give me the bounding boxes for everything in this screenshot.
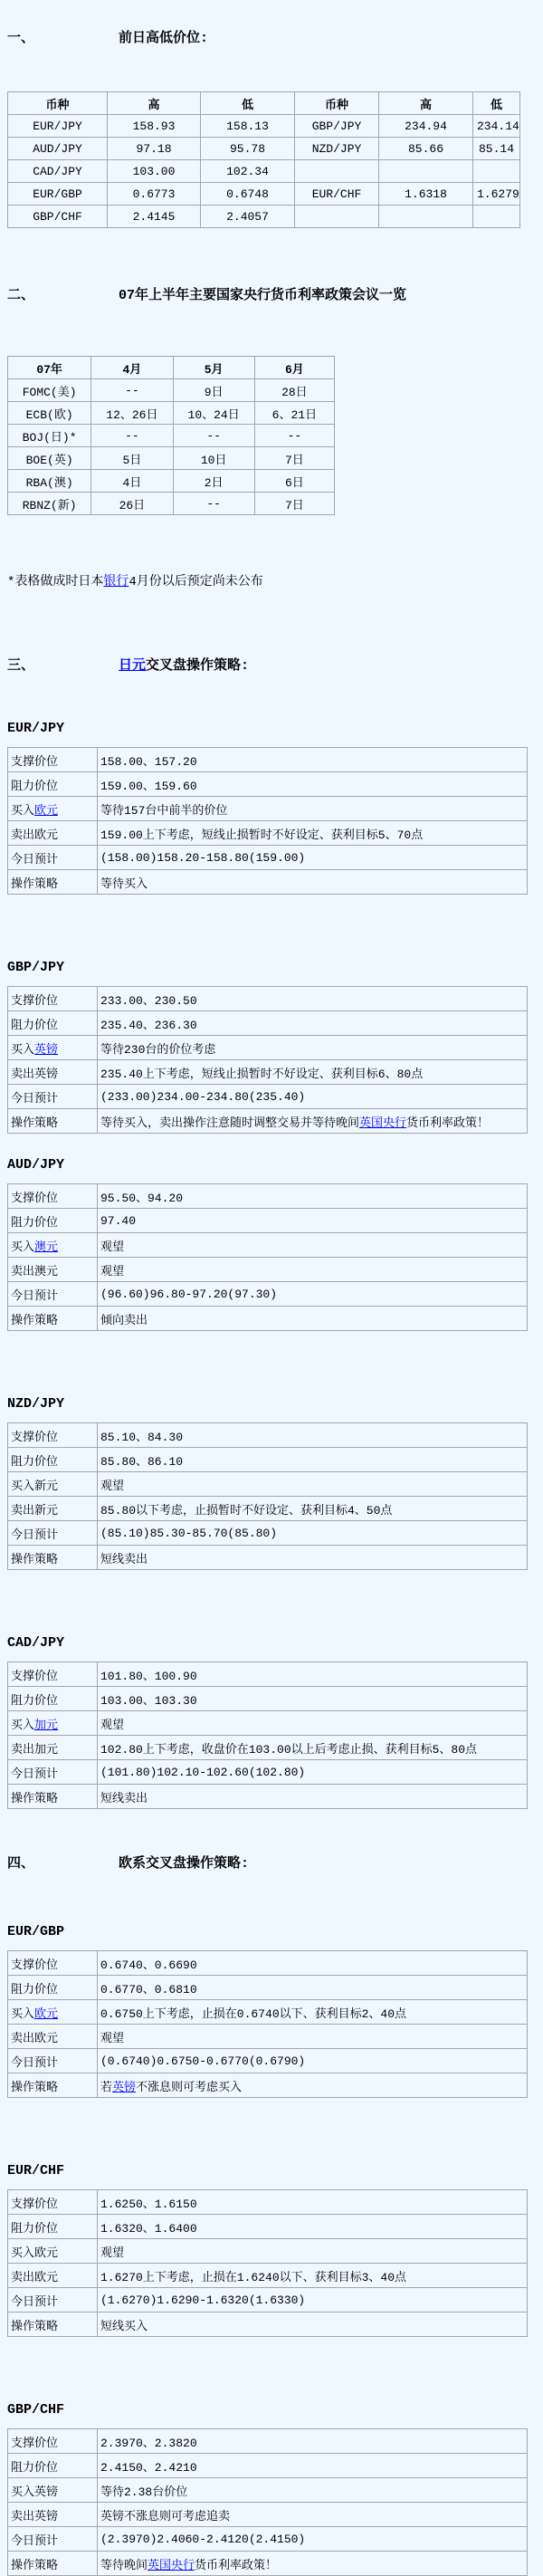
strategy-label-text: 今日预计 <box>11 2534 58 2548</box>
footnote-text: *表格做成时日本 <box>7 575 103 589</box>
strategy-row: 支撑价位1.6250、1.6150 <box>8 2190 528 2215</box>
table-cell: 85.66 <box>379 138 473 160</box>
strategy-row-label: 买入欧元 <box>8 797 98 821</box>
high-low-table: 币种高低币种高低 EUR/JPY158.93158.13GBP/JPY234.9… <box>7 91 520 228</box>
strategy-row-value: 短线卖出 <box>98 1785 528 1809</box>
strategy-value-text: (2.3970)2.4060-2.4120(2.4150) <box>100 2533 305 2546</box>
column-header: 高 <box>379 92 473 115</box>
strategy-table: 支撑价位101.80、100.90阻力价位103.00、103.30买入加元观望… <box>7 1661 528 1809</box>
strategy-row: 阻力价位1.6320、1.6400 <box>8 2215 528 2239</box>
strategy-value-text: 等待晚间 <box>100 2559 148 2572</box>
strategy-value-text: 观望 <box>100 1719 124 1732</box>
section4-title-text: 欧系交叉盘操作策略: <box>119 1856 249 1872</box>
strategy-row-value: 观望 <box>98 2025 528 2049</box>
strategy-label-text: 支撑价位 <box>11 2198 58 2211</box>
strategy-row: 卖出欧元1.6270上下考虑，止损在1.6240以下、获利目标3、40点 <box>8 2264 528 2288</box>
strategy-row-value: 等待晚间英国央行货币利率政策！ <box>98 2552 528 2576</box>
strategy-row-value: 159.00上下考虑，短线止损暂时不好设定、获利目标5、70点 <box>98 821 528 846</box>
table-cell: -- <box>254 425 334 447</box>
strategy-row-label: 阻力价位 <box>8 772 98 797</box>
strategy-row: 卖出加元102.80上下考虑，收盘价在103.00以上后考虑止损、获利目标5、8… <box>8 1736 528 1760</box>
strategy-row: 操作策略倾向卖出 <box>8 1307 528 1331</box>
strategy-value-text: 观望 <box>100 2032 124 2045</box>
strategy-row-label: 今日预计 <box>8 2049 98 2073</box>
strategy-row: 阻力价位85.80、86.10 <box>8 1448 528 1472</box>
strategy-row-value: 若英镑不涨息则可考虑买入 <box>98 2073 528 2098</box>
table-cell: 234.14 <box>473 115 520 138</box>
strategy-row-value: (101.80)102.10-102.60(102.80) <box>98 1760 528 1785</box>
strategy-row-value: 103.00、103.30 <box>98 1687 528 1711</box>
table-row: EUR/GBP0.67730.6748EUR/CHF1.63181.6279 <box>8 183 520 206</box>
strategy-row-value: 101.80、100.90 <box>98 1662 528 1687</box>
strategy-label-text: 阻力价位 <box>11 1216 58 1230</box>
table-cell: 5日 <box>91 447 173 470</box>
strategy-row-value: 等待230台的价位考虑 <box>98 1036 528 1060</box>
table-cell: 9日 <box>173 379 254 402</box>
table-cell: -- <box>91 425 173 447</box>
strategy-value-text: 观望 <box>100 1240 124 1254</box>
strategy-value-text: 103.00、103.30 <box>100 1694 197 1708</box>
table-cell: FOMC(美) <box>8 379 91 402</box>
pair-heading: AUD/JPY <box>7 1157 543 1173</box>
table-cell: -- <box>173 425 254 447</box>
strategy-value-text: (0.6740)0.6750-0.6770(0.6790) <box>100 2054 305 2068</box>
strategy-label-link[interactable]: 欧元 <box>34 2007 58 2021</box>
strategy-row: 支撑价位95.50、94.20 <box>8 1184 528 1209</box>
strategy-row-label: 操作策略 <box>8 870 98 895</box>
section1-heading: 一、前日高低价位: <box>7 27 543 46</box>
table-cell: 158.93 <box>108 115 201 138</box>
table-cell: 7日 <box>254 447 334 470</box>
strategy-value-text: 159.00、159.60 <box>100 780 197 793</box>
strategy-row: 操作策略若英镑不涨息则可考虑买入 <box>8 2073 528 2098</box>
strategy-label-text: 支撑价位 <box>11 994 58 1008</box>
strategy-value-text: (233.00)234.00-234.80(235.40) <box>100 1090 305 1104</box>
report-page: 一、前日高低价位: 币种高低币种高低 EUR/JPY158.93158.13GB… <box>0 0 543 2576</box>
strategy-row-value: (0.6740)0.6750-0.6770(0.6790) <box>98 2049 528 2073</box>
table-row: AUD/JPY97.1895.78NZD/JPY85.6685.14 <box>8 138 520 160</box>
table-row: RBNZ(新)26日--7日 <box>8 493 335 515</box>
strategy-value-text: 85.10、84.30 <box>100 1431 183 1444</box>
strategy-row-label: 操作策略 <box>8 2313 98 2337</box>
strategy-value-text: 观望 <box>100 1480 124 1493</box>
strategy-row-label: 卖出欧元 <box>8 2264 98 2288</box>
strategy-row-value: 85.80、86.10 <box>98 1448 528 1472</box>
strategy-row-label: 今日预计 <box>8 846 98 870</box>
section1-number: 一、 <box>7 27 119 46</box>
strategy-value-link[interactable]: 英国央行 <box>359 1116 406 1130</box>
strategy-row-value: 1.6320、1.6400 <box>98 2215 528 2239</box>
strategy-row-value: 1.6270上下考虑，止损在1.6240以下、获利目标3、40点 <box>98 2264 528 2288</box>
table-cell <box>379 160 473 183</box>
strategy-label-text: 操作策略 <box>11 1792 58 1805</box>
strategy-label-text: 卖出欧元 <box>11 2271 58 2284</box>
strategy-row-value: 97.40 <box>98 1209 528 1233</box>
strategy-label-text: 买入 <box>11 1240 34 1254</box>
section2-title: 07年上半年主要国家央行货币利率政策会议一览 <box>119 288 406 303</box>
pair-block-gbp-jpy: GBP/JPY支撑价位233.00、230.50阻力价位235.40、236.3… <box>7 960 543 1134</box>
section3-title: 日元交叉盘操作策略: <box>119 658 249 674</box>
strategy-label-text: 支撑价位 <box>11 1192 58 1205</box>
strategy-row-value: 等待买入，卖出操作注意随时调整交易并等待晚间英国央行货币利率政策！ <box>98 1109 528 1134</box>
section4-number: 四、 <box>7 1853 119 1872</box>
strategy-row: 操作策略等待买入 <box>8 870 528 895</box>
strategy-row-label: 卖出澳元 <box>8 1258 98 1282</box>
strategy-row: 今日预计(96.60)96.80-97.20(97.30) <box>8 1282 528 1307</box>
column-header: 低 <box>473 92 520 115</box>
table-cell: 0.6748 <box>201 183 295 206</box>
strategy-row-label: 买入新元 <box>8 1472 98 1497</box>
table-cell: 2.4145 <box>108 206 201 228</box>
table-row: BOJ(日)*------ <box>8 425 335 447</box>
table-row: CAD/JPY103.00102.34 <box>8 160 520 183</box>
strategy-row-label: 今日预计 <box>8 1282 98 1307</box>
strategy-value-text: 等待230台的价位考虑 <box>100 1043 215 1057</box>
pair-heading: NZD/JPY <box>7 1396 543 1412</box>
strategy-row-value: 倾向卖出 <box>98 1307 528 1331</box>
pair-block-nzd-jpy: NZD/JPY支撑价位85.10、84.30阻力价位85.80、86.10买入新… <box>7 1396 543 1570</box>
strategy-label-link[interactable]: 澳元 <box>34 1240 58 1254</box>
strategy-value-text: 2.4150、2.4210 <box>100 2461 197 2475</box>
strategy-label-text: 买入欧元 <box>11 2246 58 2260</box>
table-row: BOE(英)5日10日7日 <box>8 447 335 470</box>
pair-block-aud-jpy: AUD/JPY支撑价位95.50、94.20阻力价位97.40买入澳元观望卖出澳… <box>7 1157 543 1331</box>
strategy-value-text: 等待买入，卖出操作注意随时调整交易并等待晚间 <box>100 1116 359 1130</box>
strategy-row-label: 今日预计 <box>8 2527 98 2552</box>
pair-block-gbp-chf: GBP/CHF支撑价位2.3970、2.3820阻力价位2.4150、2.421… <box>7 2402 543 2576</box>
strategy-row-label: 今日预计 <box>8 1085 98 1109</box>
table-cell: CAD/JPY <box>8 160 108 183</box>
strategy-row-label: 卖出加元 <box>8 1736 98 1760</box>
strategy-row-value: 1.6250、1.6150 <box>98 2190 528 2215</box>
strategy-row: 今日预计(0.6740)0.6750-0.6770(0.6790) <box>8 2049 528 2073</box>
table-cell: 10日 <box>173 447 254 470</box>
table-cell <box>379 206 473 228</box>
strategy-value-text: 0.6750上下考虑，止损在0.6740以下、获利目标2、40点 <box>100 2007 406 2021</box>
strategy-value-text: 短线卖出 <box>100 1553 148 1566</box>
strategy-row: 操作策略短线卖出 <box>8 1785 528 1809</box>
table-cell: BOJ(日)* <box>8 425 91 447</box>
table-cell: 6日 <box>254 470 334 493</box>
strategy-label-text: 买入 <box>11 2007 34 2021</box>
strategy-table: 支撑价位233.00、230.50阻力价位235.40、236.30买入英镑等待… <box>7 986 528 1134</box>
strategy-row: 阻力价位0.6770、0.6810 <box>8 1976 528 2000</box>
strategy-row: 买入英镑等待2.38台价位 <box>8 2478 528 2503</box>
strategy-row: 卖出欧元159.00上下考虑，短线止损暂时不好设定、获利目标5、70点 <box>8 821 528 846</box>
strategy-value-text: 观望 <box>100 2246 124 2260</box>
table-cell: 2日 <box>173 470 254 493</box>
strategy-label-text: 支撑价位 <box>11 1958 58 1972</box>
strategy-value-text: 等待2.38台价位 <box>100 2485 187 2499</box>
strategy-row-label: 卖出欧元 <box>8 821 98 846</box>
section2-heading: 二、07年上半年主要国家央行货币利率政策会议一览 <box>7 284 543 303</box>
strategy-row-value: 85.80以下考虑，止损暂时不好设定、获利目标4、50点 <box>98 1497 528 1521</box>
strategy-value-text: 倾向卖出 <box>100 1314 148 1327</box>
strategy-label-text: 卖出欧元 <box>11 2032 58 2045</box>
strategy-row-value: (2.3970)2.4060-2.4120(2.4150) <box>98 2527 528 2552</box>
central-bank-meetings-table: 07年4月5月6月 FOMC(美)--9日28日ECB(欧)12、26日10、2… <box>7 356 335 515</box>
strategy-row-value: 观望 <box>98 2239 528 2264</box>
column-header: 低 <box>201 92 295 115</box>
strategy-label-text: 操作策略 <box>11 2081 58 2094</box>
strategy-label-link[interactable]: 加元 <box>34 1719 58 1732</box>
strategy-row: 操作策略等待买入，卖出操作注意随时调整交易并等待晚间英国央行货币利率政策！ <box>8 1109 528 1134</box>
strategy-value-link[interactable]: 英镑 <box>112 2081 136 2094</box>
strategy-label-text: 今日预计 <box>11 2295 58 2309</box>
strategy-row: 今日预计(233.00)234.00-234.80(235.40) <box>8 1085 528 1109</box>
header-row: 07年4月5月6月 <box>8 357 335 379</box>
strategy-label-text: 操作策略 <box>11 877 58 891</box>
strategy-row-label: 支撑价位 <box>8 748 98 772</box>
strategy-value-text: 97.40 <box>100 1214 136 1228</box>
table-row: EUR/JPY158.93158.13GBP/JPY234.94234.14 <box>8 115 520 138</box>
strategy-row: 买入欧元0.6750上下考虑，止损在0.6740以下、获利目标2、40点 <box>8 2000 528 2025</box>
strategy-table: 支撑价位2.3970、2.3820阻力价位2.4150、2.4210买入英镑等待… <box>7 2428 528 2576</box>
strategy-row-value: (233.00)234.00-234.80(235.40) <box>98 1085 528 1109</box>
strategy-row-label: 阻力价位 <box>8 2454 98 2478</box>
table-cell: RBNZ(新) <box>8 493 91 515</box>
strategy-row: 今日预计(2.3970)2.4060-2.4120(2.4150) <box>8 2527 528 2552</box>
strategy-row-value: 短线买入 <box>98 2313 528 2337</box>
strategy-value-text: 货币利率政策！ <box>195 2559 277 2572</box>
table-cell: 95.78 <box>201 138 295 160</box>
strategy-row-label: 买入加元 <box>8 1711 98 1736</box>
header-row: 币种高低币种高低 <box>8 92 520 115</box>
strategy-label-text: 操作策略 <box>11 2320 58 2333</box>
strategy-value-text: 英镑不涨息则可考虑追卖 <box>100 2510 230 2523</box>
eur-cross-strategies: EUR/GBP支撑价位0.6740、0.6690阻力价位0.6770、0.681… <box>7 1924 543 2576</box>
strategy-row-label: 支撑价位 <box>8 1423 98 1448</box>
strategy-row-value: 95.50、94.20 <box>98 1184 528 1209</box>
strategy-label-text: 阻力价位 <box>11 2222 58 2236</box>
strategy-row-value: 0.6740、0.6690 <box>98 1951 528 1976</box>
table-row: RBA(澳)4日2日6日 <box>8 470 335 493</box>
strategy-label-text: 买入 <box>11 804 34 818</box>
strategy-value-text: 85.80、86.10 <box>100 1455 183 1469</box>
table-cell: BOE(英) <box>8 447 91 470</box>
pair-block-eur-chf: EUR/CHF支撑价位1.6250、1.6150阻力价位1.6320、1.640… <box>7 2163 543 2337</box>
strategy-row: 卖出英镑235.40上下考虑，短线止损暂时不好设定、获利目标6、80点 <box>8 1060 528 1085</box>
strategy-row-label: 今日预计 <box>8 2288 98 2313</box>
strategy-row-label: 操作策略 <box>8 1785 98 1809</box>
table-cell: 0.6773 <box>108 183 201 206</box>
strategy-label-text: 支撑价位 <box>11 1670 58 1683</box>
strategy-row-label: 阻力价位 <box>8 2215 98 2239</box>
strategy-row-label: 支撑价位 <box>8 1951 98 1976</box>
strategy-row-label: 操作策略 <box>8 2552 98 2576</box>
strategy-row-value: 观望 <box>98 1711 528 1736</box>
section1-title: 前日高低价位: <box>119 31 208 46</box>
strategy-row-value: 85.10、84.30 <box>98 1423 528 1448</box>
strategy-value-text: 233.00、230.50 <box>100 994 197 1008</box>
strategy-row: 今日预计(158.00)158.20-158.80(159.00) <box>8 846 528 870</box>
strategy-row-label: 支撑价位 <box>8 1662 98 1687</box>
high-low-table-header: 币种高低币种高低 <box>8 92 520 115</box>
strategy-value-text: 货币利率政策！ <box>406 1116 489 1130</box>
strategy-row-label: 操作策略 <box>8 1109 98 1134</box>
strategy-row-label: 今日预计 <box>8 1521 98 1546</box>
strategy-value-text: (96.60)96.80-97.20(97.30) <box>100 1288 277 1301</box>
meetings-table-header: 07年4月5月6月 <box>8 357 335 379</box>
strategy-label-text: 阻力价位 <box>11 1983 58 1997</box>
pair-heading: EUR/CHF <box>7 2163 543 2179</box>
table-cell: GBP/JPY <box>295 115 379 138</box>
strategy-row: 阻力价位235.40、236.30 <box>8 1011 528 1036</box>
table-cell: 10、24日 <box>173 402 254 425</box>
pair-block-cad-jpy: CAD/JPY支撑价位101.80、100.90阻力价位103.00、103.3… <box>7 1635 543 1809</box>
table-row: GBP/CHF2.41452.4057 <box>8 206 520 228</box>
table-cell <box>473 160 520 183</box>
column-header: 高 <box>108 92 201 115</box>
strategy-label-text: 卖出澳元 <box>11 1265 58 1278</box>
strategy-label-text: 卖出英镑 <box>11 1068 58 1081</box>
strategy-value-text: 85.80以下考虑，止损暂时不好设定、获利目标4、50点 <box>100 1504 392 1518</box>
strategy-row-value: (96.60)96.80-97.20(97.30) <box>98 1282 528 1307</box>
strategy-value-text: 不涨息则可考虑买入 <box>136 2081 242 2094</box>
strategy-label-text: 今日预计 <box>11 1092 58 1106</box>
table-cell: RBA(澳) <box>8 470 91 493</box>
strategy-label-text: 支撑价位 <box>11 2437 58 2450</box>
table-cell: NZD/JPY <box>295 138 379 160</box>
table-row: FOMC(美)--9日28日 <box>8 379 335 402</box>
strategy-row-label: 支撑价位 <box>8 1184 98 1209</box>
strategy-row: 买入英镑等待230台的价位考虑 <box>8 1036 528 1060</box>
table-cell: 4日 <box>91 470 173 493</box>
strategy-value-text: 0.6740、0.6690 <box>100 1958 197 1972</box>
strategy-row-label: 买入欧元 <box>8 2000 98 2025</box>
strategy-row-label: 卖出英镑 <box>8 2503 98 2527</box>
strategy-value-link[interactable]: 英国央行 <box>148 2559 195 2572</box>
section3-number: 三、 <box>7 655 119 674</box>
strategy-row: 今日预计(85.10)85.30-85.70(85.80) <box>8 1521 528 1546</box>
column-header: 5月 <box>173 357 254 379</box>
strategy-value-text: 1.6270上下考虑，止损在1.6240以下、获利目标3、40点 <box>100 2271 406 2284</box>
strategy-row-label: 买入澳元 <box>8 1233 98 1258</box>
strategy-row: 今日预计(101.80)102.10-102.60(102.80) <box>8 1760 528 1785</box>
section4-title: 欧系交叉盘操作策略: <box>119 1856 249 1872</box>
column-header: 6月 <box>254 357 334 379</box>
strategy-value-text: 101.80、100.90 <box>100 1670 197 1683</box>
strategy-label-text: 卖出新元 <box>11 1504 58 1518</box>
strategy-label-text: 今日预计 <box>11 853 58 867</box>
strategy-table: 支撑价位0.6740、0.6690阻力价位0.6770、0.6810买入欧元0.… <box>7 1950 528 2098</box>
strategy-row-value: 等待157台中前半的价位 <box>98 797 528 821</box>
strategy-row-label: 今日预计 <box>8 1760 98 1785</box>
strategy-row: 卖出英镑英镑不涨息则可考虑追卖 <box>8 2503 528 2527</box>
strategy-row-label: 支撑价位 <box>8 2190 98 2215</box>
table-cell: EUR/JPY <box>8 115 108 138</box>
strategy-value-text: (1.6270)1.6290-1.6320(1.6330) <box>100 2294 305 2307</box>
strategy-label-text: 卖出加元 <box>11 1743 58 1757</box>
strategy-label-text: 阻力价位 <box>11 1019 58 1032</box>
strategy-row-value: 等待2.38台价位 <box>98 2478 528 2503</box>
strategy-table: 支撑价位158.00、157.20阻力价位159.00、159.60买入欧元等待… <box>7 747 528 895</box>
pair-block-eur-jpy: EUR/JPY支撑价位158.00、157.20阻力价位159.00、159.6… <box>7 721 543 895</box>
pair-heading: EUR/JPY <box>7 721 543 736</box>
table-footnote: *表格做成时日本银行4月份以后预定尚未公布 <box>7 571 543 589</box>
strategy-label-text: 今日预计 <box>11 2056 58 2070</box>
strategy-row-value: 短线卖出 <box>98 1546 528 1570</box>
strategy-row-label: 操作策略 <box>8 2073 98 2098</box>
strategy-row-value: 等待买入 <box>98 870 528 895</box>
strategy-row-value: 159.00、159.60 <box>98 772 528 797</box>
strategy-row: 操作策略短线买入 <box>8 2313 528 2337</box>
strategy-row-label: 买入英镑 <box>8 2478 98 2503</box>
strategy-value-text: 102.80上下考虑，收盘价在103.00以上后考虑止损、获利目标5、80点 <box>100 1743 477 1757</box>
strategy-label-text: 操作策略 <box>11 1314 58 1327</box>
strategy-row: 买入欧元观望 <box>8 2239 528 2264</box>
strategy-value-text: 等待157台中前半的价位 <box>100 804 227 818</box>
pair-heading: GBP/CHF <box>7 2402 543 2418</box>
strategy-value-text: 若 <box>100 2081 112 2094</box>
table-cell: 158.13 <box>201 115 295 138</box>
pair-heading: GBP/JPY <box>7 960 543 975</box>
section4-heading: 四、欧系交叉盘操作策略: <box>7 1853 543 1872</box>
strategy-row: 支撑价位158.00、157.20 <box>8 748 528 772</box>
strategy-row-label: 支撑价位 <box>8 2429 98 2454</box>
strategy-value-text: 0.6770、0.6810 <box>100 1983 197 1997</box>
table-cell <box>473 206 520 228</box>
strategy-row-value: (1.6270)1.6290-1.6320(1.6330) <box>98 2288 528 2313</box>
strategy-row: 支撑价位233.00、230.50 <box>8 987 528 1011</box>
strategy-value-text: 1.6320、1.6400 <box>100 2222 197 2236</box>
strategy-row-label: 阻力价位 <box>8 1209 98 1233</box>
strategy-label-text: 买入英镑 <box>11 2485 58 2499</box>
table-row: ECB(欧)12、26日10、24日6、21日 <box>8 402 335 425</box>
table-cell: ECB(欧) <box>8 402 91 425</box>
strategy-label-text: 今日预计 <box>11 1528 58 1542</box>
column-header: 币种 <box>295 92 379 115</box>
table-cell: EUR/CHF <box>295 183 379 206</box>
strategy-row-label: 阻力价位 <box>8 1687 98 1711</box>
strategy-row-value: 235.40、236.30 <box>98 1011 528 1036</box>
strategy-label-text: 阻力价位 <box>11 1455 58 1469</box>
section3-heading: 三、日元交叉盘操作策略: <box>7 655 543 674</box>
strategy-row-value: (158.00)158.20-158.80(159.00) <box>98 846 528 870</box>
strategy-label-link[interactable]: 欧元 <box>34 804 58 818</box>
strategy-row: 支撑价位101.80、100.90 <box>8 1662 528 1687</box>
column-header: 07年 <box>8 357 91 379</box>
strategy-row-value: 观望 <box>98 1258 528 1282</box>
strategy-row-value: 235.40上下考虑，短线止损暂时不好设定、获利目标6、80点 <box>98 1060 528 1085</box>
strategy-value-text: 观望 <box>100 1265 124 1278</box>
strategy-label-text: 操作策略 <box>11 1553 58 1566</box>
strategy-value-text: 等待买入 <box>100 877 148 891</box>
strategy-row: 买入加元观望 <box>8 1711 528 1736</box>
strategy-row: 买入新元观望 <box>8 1472 528 1497</box>
strategy-row-label: 操作策略 <box>8 1307 98 1331</box>
table-cell <box>295 160 379 183</box>
strategy-row: 支撑价位85.10、84.30 <box>8 1423 528 1448</box>
strategy-row-value: 观望 <box>98 1472 528 1497</box>
strategy-label-link[interactable]: 英镑 <box>34 1043 58 1057</box>
strategy-label-text: 买入 <box>11 1043 34 1057</box>
table-cell: -- <box>91 379 173 402</box>
strategy-row-value: 2.4150、2.4210 <box>98 2454 528 2478</box>
strategy-row-label: 卖出欧元 <box>8 2025 98 2049</box>
section3-title-link[interactable]: 日元 <box>119 658 146 674</box>
strategy-row-value: 0.6750上下考虑，止损在0.6740以下、获利目标2、40点 <box>98 2000 528 2025</box>
strategy-row-value: 0.6770、0.6810 <box>98 1976 528 2000</box>
strategy-value-text: 159.00上下考虑，短线止损暂时不好设定、获利目标5、70点 <box>100 828 423 842</box>
pair-heading: EUR/GBP <box>7 1924 543 1939</box>
strategy-value-text: 235.40上下考虑，短线止损暂时不好设定、获利目标6、80点 <box>100 1068 423 1081</box>
strategy-label-text: 卖出欧元 <box>11 828 58 842</box>
strategy-label-text: 买入 <box>11 1719 34 1732</box>
strategy-label-text: 操作策略 <box>11 1116 58 1130</box>
footnote-link[interactable]: 银行 <box>103 575 129 589</box>
strategy-value-text: 1.6250、1.6150 <box>100 2198 197 2211</box>
